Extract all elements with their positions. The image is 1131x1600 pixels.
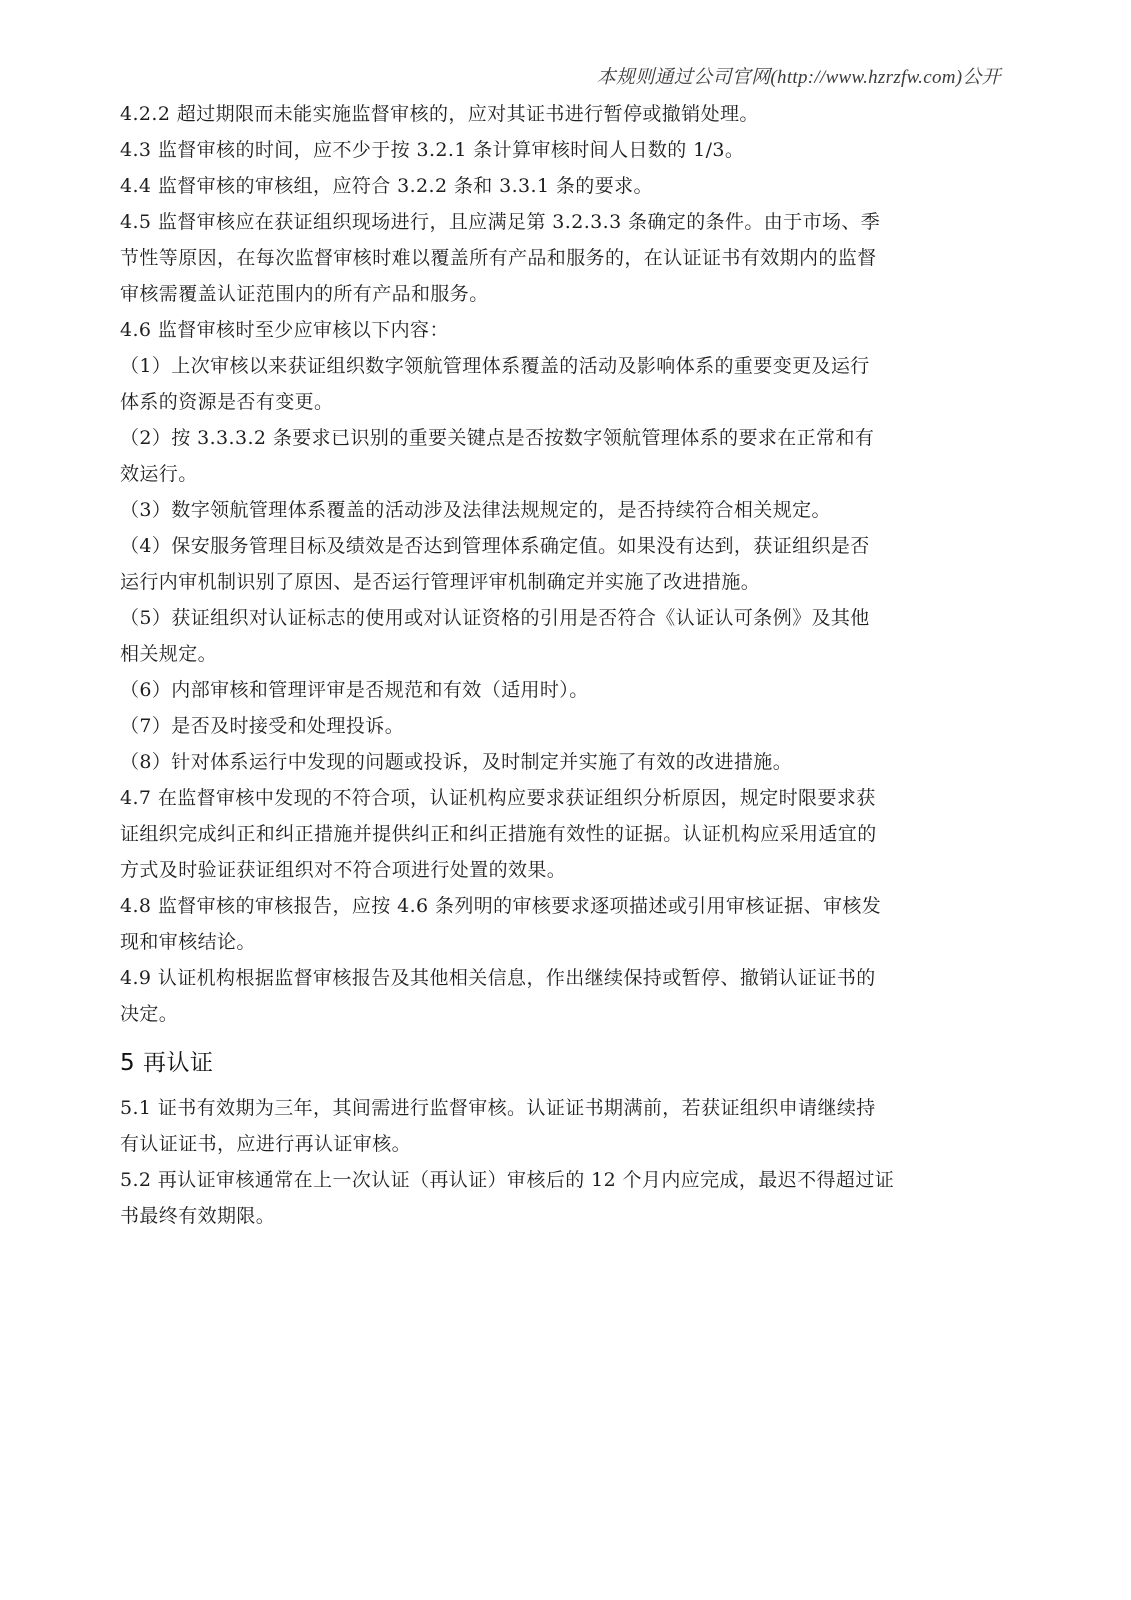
- clause-4-2-2: 4.2.2 超过期限而未能实施监督审核的，应对其证书进行暂停或撤销处理。: [120, 96, 990, 132]
- text-line: 效运行。: [120, 456, 990, 492]
- list-item-5: （5）获证组织对认证标志的使用或对认证资格的引用是否符合《认证认可条例》及其他 …: [120, 600, 990, 672]
- text-line: （7）是否及时接受和处理投诉。: [120, 708, 990, 744]
- text-line: 4.6 监督审核时至少应审核以下内容：: [120, 312, 990, 348]
- text-line: 4.9 认证机构根据监督审核报告及其他相关信息，作出继续保持或暂停、撤销认证证书…: [120, 960, 990, 996]
- clause-4-8: 4.8 监督审核的审核报告，应按 4.6 条列明的审核要求逐项描述或引用审核证据…: [120, 888, 990, 960]
- text-line: 体系的资源是否有变更。: [120, 384, 990, 420]
- text-line: 审核需覆盖认证范围内的所有产品和服务。: [120, 276, 990, 312]
- document-body: 4.2.2 超过期限而未能实施监督审核的，应对其证书进行暂停或撤销处理。 4.3…: [120, 96, 990, 1234]
- text-line: 4.4 监督审核的审核组，应符合 3.2.2 条和 3.3.1 条的要求。: [120, 168, 990, 204]
- text-line: 书最终有效期限。: [120, 1198, 990, 1234]
- clause-4-7: 4.7 在监督审核中发现的不符合项，认证机构应要求获证组织分析原因，规定时限要求…: [120, 780, 990, 888]
- list-item-4: （4）保安服务管理目标及绩效是否达到管理体系确定值。如果没有达到，获证组织是否 …: [120, 528, 990, 600]
- text-line: 4.3 监督审核的时间，应不少于按 3.2.1 条计算审核时间人日数的 1/3。: [120, 132, 990, 168]
- clause-4-9: 4.9 认证机构根据监督审核报告及其他相关信息，作出继续保持或暂停、撤销认证证书…: [120, 960, 990, 1032]
- clause-4-3: 4.3 监督审核的时间，应不少于按 3.2.1 条计算审核时间人日数的 1/3。: [120, 132, 990, 168]
- text-line: 4.2.2 超过期限而未能实施监督审核的，应对其证书进行暂停或撤销处理。: [120, 96, 990, 132]
- text-line: 决定。: [120, 996, 990, 1032]
- text-line: 5.1 证书有效期为三年，其间需进行监督审核。认证证书期满前，若获证组织申请继续…: [120, 1090, 990, 1126]
- text-line: （8）针对体系运行中发现的问题或投诉，及时制定并实施了有效的改进措施。: [120, 744, 990, 780]
- clause-4-6: 4.6 监督审核时至少应审核以下内容：: [120, 312, 990, 348]
- clause-5-2: 5.2 再认证审核通常在上一次认证（再认证）审核后的 12 个月内应完成，最迟不…: [120, 1162, 990, 1234]
- text-line: 4.5 监督审核应在获证组织现场进行，且应满足第 3.2.3.3 条确定的条件。…: [120, 204, 990, 240]
- list-item-2: （2）按 3.3.3.2 条要求已识别的重要关键点是否按数字领航管理体系的要求在…: [120, 420, 990, 492]
- text-line: 节性等原因，在每次监督审核时难以覆盖所有产品和服务的，在认证证书有效期内的监督: [120, 240, 990, 276]
- list-item-1: （1）上次审核以来获证组织数字领航管理体系覆盖的活动及影响体系的重要变更及运行 …: [120, 348, 990, 420]
- text-line: 证组织完成纠正和纠正措施并提供纠正和纠正措施有效性的证据。认证机构应采用适宜的: [120, 816, 990, 852]
- text-line: 有认证证书，应进行再认证审核。: [120, 1126, 990, 1162]
- list-item-3: （3）数字领航管理体系覆盖的活动涉及法律法规规定的，是否持续符合相关规定。: [120, 492, 990, 528]
- text-line: 方式及时验证获证组织对不符合项进行处置的效果。: [120, 852, 990, 888]
- list-item-7: （7）是否及时接受和处理投诉。: [120, 708, 990, 744]
- text-line: 4.8 监督审核的审核报告，应按 4.6 条列明的审核要求逐项描述或引用审核证据…: [120, 888, 990, 924]
- list-item-8: （8）针对体系运行中发现的问题或投诉，及时制定并实施了有效的改进措施。: [120, 744, 990, 780]
- text-line: （1）上次审核以来获证组织数字领航管理体系覆盖的活动及影响体系的重要变更及运行: [120, 348, 990, 384]
- text-line: （6）内部审核和管理评审是否规范和有效（适用时）。: [120, 672, 990, 708]
- text-line: 相关规定。: [120, 636, 990, 672]
- text-line: （2）按 3.3.3.2 条要求已识别的重要关键点是否按数字领航管理体系的要求在…: [120, 420, 990, 456]
- section-heading-recertification: 5 再认证: [120, 1038, 990, 1090]
- list-item-6: （6）内部审核和管理评审是否规范和有效（适用时）。: [120, 672, 990, 708]
- text-line: 4.7 在监督审核中发现的不符合项，认证机构应要求获证组织分析原因，规定时限要求…: [120, 780, 990, 816]
- text-line: （3）数字领航管理体系覆盖的活动涉及法律法规规定的，是否持续符合相关规定。: [120, 492, 990, 528]
- clause-4-4: 4.4 监督审核的审核组，应符合 3.2.2 条和 3.3.1 条的要求。: [120, 168, 990, 204]
- text-line: 运行内审机制识别了原因、是否运行管理评审机制确定并实施了改进措施。: [120, 564, 990, 600]
- header-disclosure-note: 本规则通过公司官网(http://www.hzrzfw.com)公开: [597, 62, 1001, 89]
- clause-4-5: 4.5 监督审核应在获证组织现场进行，且应满足第 3.2.3.3 条确定的条件。…: [120, 204, 990, 312]
- document-page: 本规则通过公司官网(http://www.hzrzfw.com)公开 4.2.2…: [0, 0, 1131, 1600]
- clause-5-1: 5.1 证书有效期为三年，其间需进行监督审核。认证证书期满前，若获证组织申请继续…: [120, 1090, 990, 1162]
- text-line: 5.2 再认证审核通常在上一次认证（再认证）审核后的 12 个月内应完成，最迟不…: [120, 1162, 990, 1198]
- text-line: （4）保安服务管理目标及绩效是否达到管理体系确定值。如果没有达到，获证组织是否: [120, 528, 990, 564]
- text-line: 现和审核结论。: [120, 924, 990, 960]
- text-line: （5）获证组织对认证标志的使用或对认证资格的引用是否符合《认证认可条例》及其他: [120, 600, 990, 636]
